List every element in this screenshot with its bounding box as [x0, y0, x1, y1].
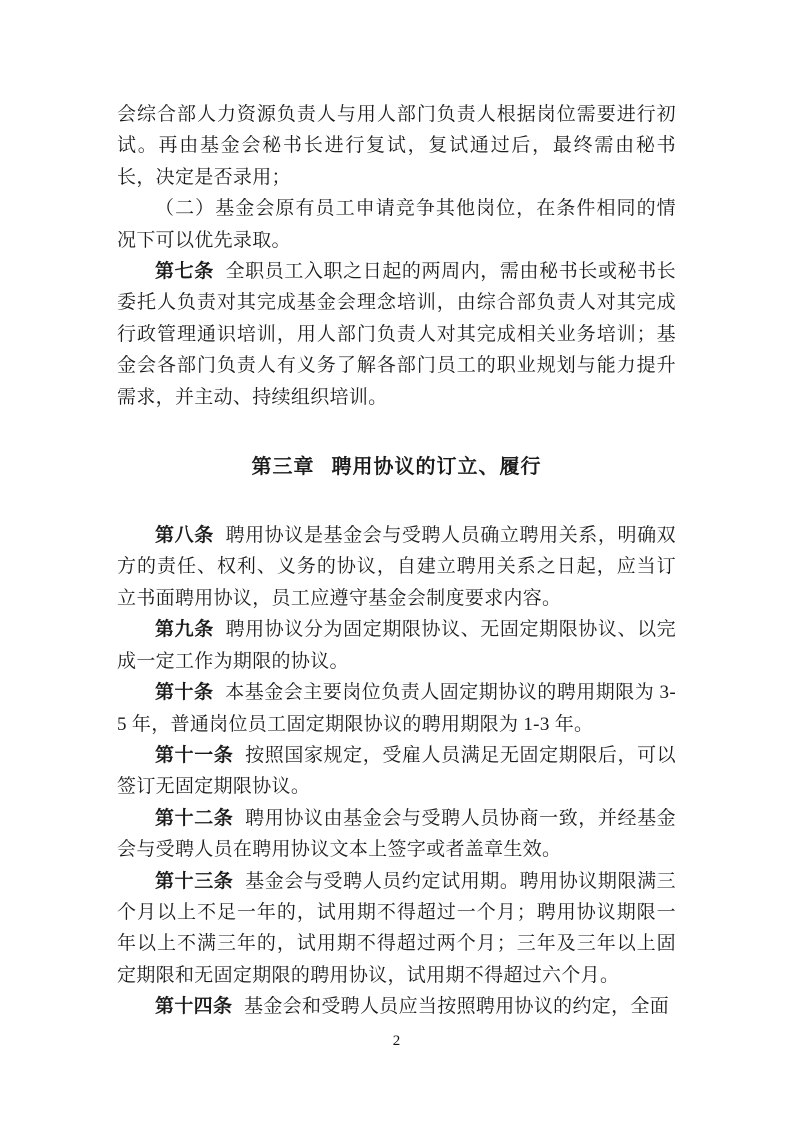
article-9-paragraph: 第九条聘用协议分为固定期限协议、无固定期限协议、以完成一定工作为期限的协议。 [117, 614, 676, 677]
chapter-number: 第三章 [252, 456, 315, 478]
article-11-number: 第十一条 [155, 745, 233, 766]
document-body: 会综合部人力资源负责人与用人部门负责人根据岗位需要进行初试。再由基金会秘书长进行… [117, 99, 676, 1023]
article-13-number: 第十三条 [155, 871, 233, 892]
document-page: 会综合部人力资源负责人与用人部门负责人根据岗位需要进行初试。再由基金会秘书长进行… [0, 0, 793, 1123]
article-7-paragraph: 第七条全职员工入职之日起的两周内，需由秘书长或秘书长委托人负责对其完成基金会理念… [117, 256, 676, 413]
article-8-number: 第八条 [155, 525, 214, 546]
article-10-paragraph: 第十条本基金会主要岗位负责人固定期协议的聘用期限为 3-5 年，普通岗位员工固定… [117, 677, 676, 740]
article-9-number: 第九条 [155, 619, 214, 640]
article-12-paragraph: 第十二条聘用协议由基金会与受聘人员协商一致，并经基金会与受聘人员在聘用协议文本上… [117, 803, 676, 866]
article-12-number: 第十二条 [155, 808, 233, 829]
article-14-paragraph: 第十四条基金会和受聘人员应当按照聘用协议的约定，全面 [117, 991, 676, 1022]
article-11-paragraph: 第十一条按照国家规定，受雇人员满足无固定期限后，可以签订无固定期限协议。 [117, 740, 676, 803]
article-7-number: 第七条 [155, 261, 214, 282]
article-7-text: 全职员工入职之日起的两周内，需由秘书长或秘书长委托人负责对其完成基金会理念培训，… [117, 261, 676, 408]
article-13-paragraph: 第十三条基金会与受聘人员约定试用期。聘用协议期限满三个月以上不足一年的，试用期不… [117, 866, 676, 992]
chapter-title: 聘用协议的订立、履行 [332, 456, 542, 478]
chapter-3-heading: 第三章聘用协议的订立、履行 [117, 454, 676, 480]
article-14-text: 基金会和受聘人员应当按照聘用协议的约定，全面 [244, 996, 669, 1017]
continuation-paragraph: 会综合部人力资源负责人与用人部门负责人根据岗位需要进行初试。再由基金会秘书长进行… [117, 99, 676, 193]
article-8-paragraph: 第八条聘用协议是基金会与受聘人员确立聘用关系，明确双方的责任、权利、义务的协议，… [117, 520, 676, 614]
article-10-number: 第十条 [155, 682, 214, 703]
article-14-number: 第十四条 [155, 996, 232, 1017]
item-2-paragraph: （二）基金会原有员工申请竞争其他岗位，在条件相同的情况下可以优先录取。 [117, 193, 676, 256]
page-number: 2 [0, 1033, 793, 1050]
